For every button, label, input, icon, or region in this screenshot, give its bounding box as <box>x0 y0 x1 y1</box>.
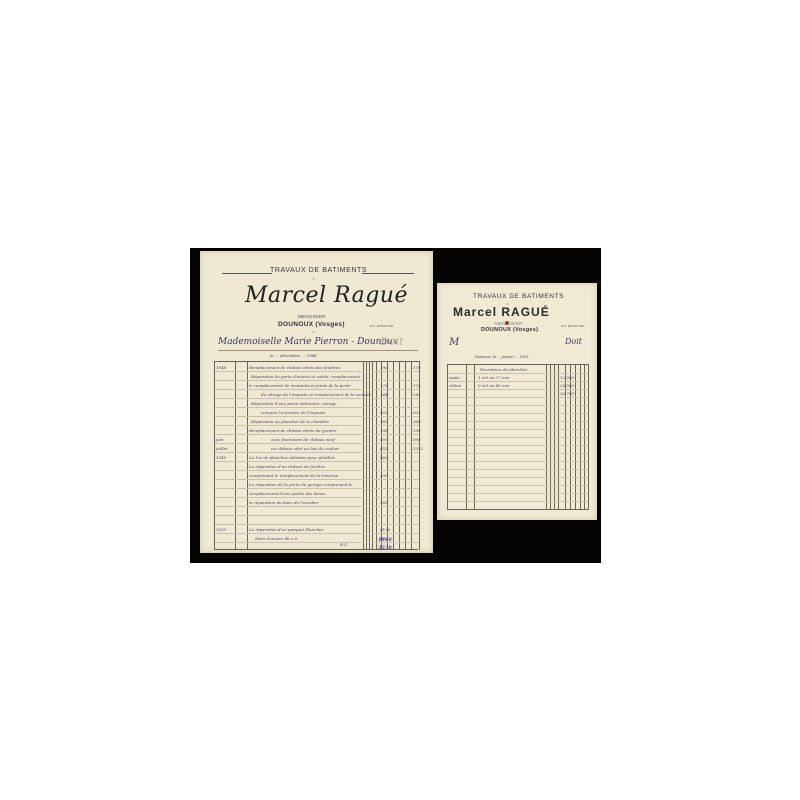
ornament-dot: • <box>313 276 314 281</box>
column-divider <box>376 362 377 550</box>
invoice-large: TRAVAUX DE BATIMENTS • Marcel Ragué MENU… <box>200 251 433 553</box>
column-divider <box>411 362 412 550</box>
column-divider <box>363 362 364 550</box>
row-amount: 244 <box>380 392 388 397</box>
row-amount: 490 <box>380 473 388 478</box>
row-description: 0 m3 en 40 mm <box>478 383 510 388</box>
header-tagline: TRAVAUX DE BATIMENTS <box>270 267 367 274</box>
column-divider <box>235 362 236 550</box>
row-amount: 360 <box>380 419 388 424</box>
row-amount: 660 <box>380 455 388 460</box>
city-label: DOUNOUX (Vosges) <box>278 321 345 328</box>
row-description: du vitrage de l'imposte et remplacement … <box>261 392 371 397</box>
row-amount: 175 <box>380 383 388 388</box>
row-date: 1949 <box>216 455 226 460</box>
column-divider <box>247 362 248 550</box>
row-description: le remplacement de montants et joints de… <box>249 383 351 388</box>
ledger-table: 1948 Remplacement de châssis vitrés des … <box>214 361 420 550</box>
row-amount: 652 <box>380 410 388 415</box>
business-name: Marcel Ragué <box>245 283 408 308</box>
row-description: Réparation de porte d'entrée et volets, … <box>251 374 360 379</box>
row-amount: 12 500 <box>560 375 574 380</box>
ornament-dot: • <box>313 329 314 334</box>
total-2: 3238 <box>378 545 392 551</box>
total-1: 1818 <box>378 537 392 543</box>
row-amount: 196 <box>380 365 388 370</box>
row-date: sapin <box>449 375 460 380</box>
row-description: Fourniture de planches <box>480 367 527 372</box>
row-date: juillet <box>216 446 228 451</box>
row-amount: 600 <box>380 437 388 442</box>
row-description: compris l'entretien de l'imposte <box>261 410 325 415</box>
registry-label: R.C. EPINAL 560 <box>370 324 393 328</box>
column-divider <box>405 362 406 550</box>
addressee-prefix: M <box>449 337 459 348</box>
row-description: la réparation du banc de l'escalier <box>249 500 319 505</box>
row-description: avec fourniture de châssis neuf <box>271 437 335 442</box>
row-description: La réparation d'un châssis de fenêtre <box>249 464 325 469</box>
stain-mark <box>505 321 509 325</box>
row-description: comprenant le remplacement de la travers… <box>249 473 338 478</box>
row-amount: 652 <box>380 446 388 451</box>
column-divider <box>399 362 400 550</box>
ledger-table: Fourniture de planches sapin 1 m3 en 27 … <box>447 364 589 510</box>
row-description: Remplacement de châssis vitrés du grenie… <box>249 428 337 433</box>
row-description: un châssis vitré au bas du couloir <box>271 446 339 451</box>
row-description: Main d'œuvre 8h x 8 <box>255 536 297 541</box>
row-description: remplacement d'une partie des lames <box>249 491 325 496</box>
business-name: Marcel RAGUÉ <box>453 305 550 319</box>
header-rule-left <box>222 273 272 274</box>
column-divider <box>372 362 373 550</box>
row-extra: 175 <box>413 383 421 388</box>
column-divider <box>393 362 394 550</box>
row-description: La 1re de planches rabotées pour plinthe… <box>249 455 335 460</box>
row-date: chêne <box>449 383 461 388</box>
invoice-small: TRAVAUX DE BATIMENTS • Marcel RAGUÉ MENU… <box>437 283 597 520</box>
row-amount: 36 700 <box>560 391 574 396</box>
doit-label: Doit <box>565 337 582 346</box>
row-extra: 652 <box>413 410 421 415</box>
trade-label: MENUISIER <box>298 314 326 319</box>
row-extra: 244 <box>413 392 421 397</box>
column-divider <box>366 362 367 550</box>
header-tagline: TRAVAUX DE BATIMENTS <box>473 293 564 300</box>
row-date: 1948 <box>216 365 226 370</box>
row-description: La réparation d'un parquet Planches <box>249 527 323 532</box>
row-date: 1950 <box>216 527 226 532</box>
addressee: Mademoiselle Marie Pierron - Dounoux <box>218 337 398 347</box>
date-line: le ... décembre ... 1948 <box>270 353 317 358</box>
row-description: Réparation d'une porte intérieure, vitra… <box>251 401 337 406</box>
footer-initials: R.C. <box>340 542 348 547</box>
row-description: 1 m3 en 27 mm <box>478 375 510 380</box>
column-divider <box>369 362 370 550</box>
addressee-underline <box>218 350 418 351</box>
row-description: La réparation de la porte du garage comp… <box>249 482 352 487</box>
row-description: Réparation au plancher de la chambre <box>251 419 329 424</box>
row-extra: 196 <box>413 428 421 433</box>
city-label: DOUNOUX (Vosges) <box>481 327 538 333</box>
row-extra: 600 <box>413 437 421 442</box>
row-amount: 360 <box>380 500 388 505</box>
row-extra: 176 <box>413 365 421 370</box>
row-extra: 360 <box>413 419 421 424</box>
row-amount: 196 <box>380 428 388 433</box>
row-date: juin <box>216 437 224 442</box>
row-amount: 28 500 <box>560 383 574 388</box>
header-rule-right <box>362 273 414 274</box>
row-amount: 6190 <box>380 527 390 532</box>
row-extra: 1352 <box>413 446 423 451</box>
doit-label: Doit <box>380 335 403 348</box>
row-description: Remplacement de châssis vitrés des fenêt… <box>249 365 340 370</box>
registry-label: R.C. EPINAL 560 <box>561 324 584 328</box>
date-line: Dounoux, le ... janvier ... 1955 <box>475 355 528 359</box>
